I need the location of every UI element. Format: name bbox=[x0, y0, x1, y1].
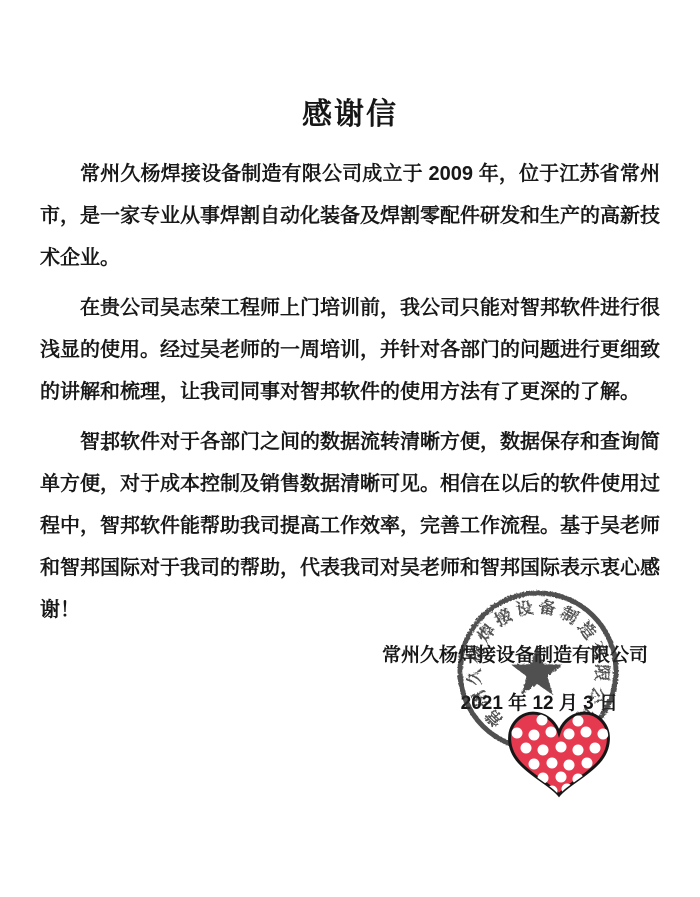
letter-title: 感谢信 bbox=[0, 95, 700, 135]
stray-ink-dot bbox=[104, 446, 109, 451]
document-page: 感谢信 常州久杨焊接设备制造有限公司成立于 2009 年，位于江苏省常州市，是一… bbox=[0, 0, 700, 897]
heart-icon bbox=[510, 713, 609, 795]
star-icon bbox=[511, 646, 562, 695]
letter-paragraph-1: 常州久杨焊接设备制造有限公司成立于 2009 年，位于江苏省常州市，是一家专业从… bbox=[40, 153, 660, 279]
heart-sticker bbox=[504, 707, 614, 801]
heart-svg bbox=[504, 707, 614, 801]
letter-paragraph-2: 在贵公司吴志荣工程师上门培训前，我公司只能对智邦软件进行很浅显的使用。经过吴老师… bbox=[40, 287, 660, 413]
letter-body: 常州久杨焊接设备制造有限公司成立于 2009 年，位于江苏省常州市，是一家专业从… bbox=[40, 153, 660, 639]
